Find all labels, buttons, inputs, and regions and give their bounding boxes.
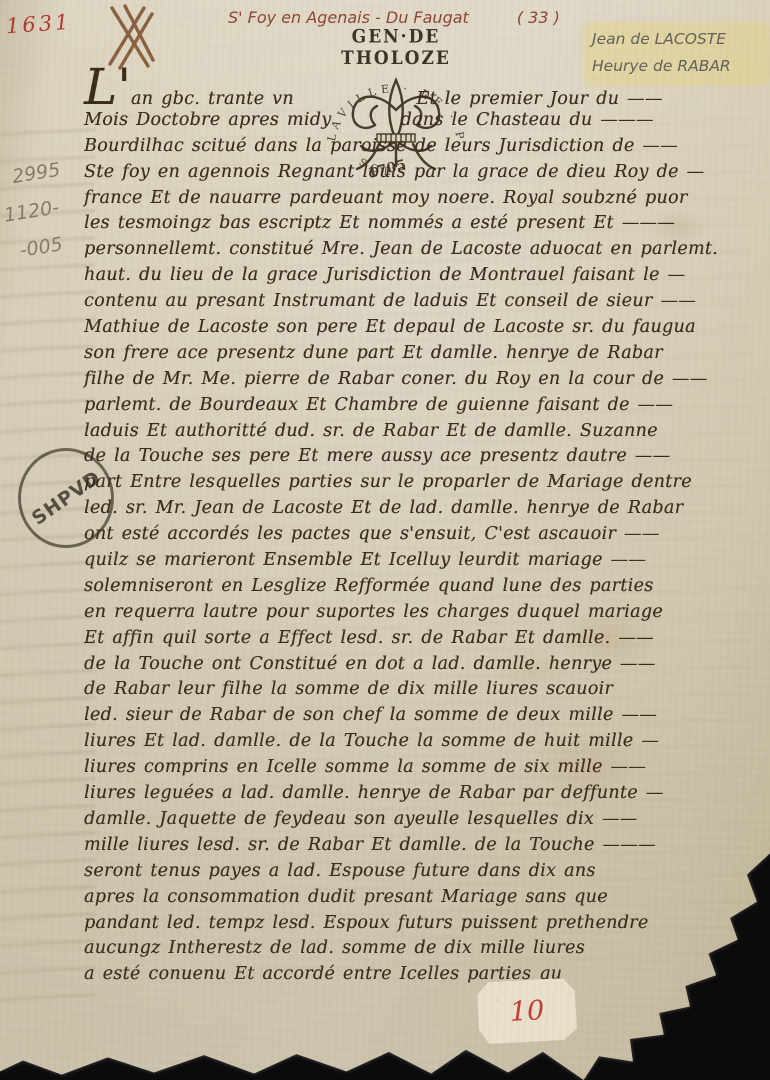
pencil-note: Jean de LACOSTE Heurye de RABAR: [592, 26, 731, 80]
manuscript-line: france Et de nauarre pardeuant moy noere…: [84, 186, 762, 212]
manuscript-line: liures Et lad. damlle. de la Touche la s…: [84, 729, 762, 755]
photograph-background: 1631 S' Foy en Agenais - Du Faugat( 33 )…: [0, 0, 770, 1080]
manuscript-line: personnellemt. constitué Mre. Jean de La…: [84, 237, 762, 263]
margin-number: -005: [17, 225, 75, 270]
manuscript-line: aucungz Intherestz de lad. somme de dix …: [84, 936, 762, 962]
margin-numbers: 2995 1120- -005: [0, 152, 75, 271]
archivist-header: S' Foy en Agenais - Du Faugat( 33 ): [228, 8, 560, 27]
manuscript-line: haut. du lieu de la grace Jurisdiction d…: [84, 263, 762, 289]
manuscript-line: de la Touche ont Constitué en dot a lad.…: [84, 652, 762, 678]
manuscript-line: mille liures lesd. sr. de Rabar Et damll…: [84, 833, 762, 859]
manuscript-text: L'an gbc. trante vn Et le premier Jour d…: [84, 82, 762, 988]
manuscript-line: liures comprins en Icelle somme la somme…: [84, 755, 762, 781]
manuscript-line: de la Touche ses pere Et mere aussy ace …: [84, 444, 762, 470]
fiscal-stamp-title: GEN·DE THOLOZE: [298, 26, 494, 69]
manuscript-line: parlemt. de Bourdeaux Et Chambre de guie…: [84, 393, 762, 419]
manuscript-line: Bourdilhac scitué dans la paroisse de le…: [84, 134, 762, 160]
manuscript-line: seront tenus payes a lad. Espouse future…: [84, 859, 762, 885]
page-number-sticker: 10: [476, 977, 577, 1044]
manuscript-line: liures leguées a lad. damlle. henrye de …: [84, 781, 762, 807]
manuscript-line: son frere ace presentz dune part Et daml…: [84, 341, 762, 367]
manuscript-line: quilz se marieront Ensemble Et Icelluy l…: [84, 548, 762, 574]
manuscript-line: Mois Doctobre apres midy dans le Chastea…: [84, 108, 762, 134]
archivist-year: 1631: [5, 10, 72, 39]
manuscript-line: part Entre lesquelles parties sur le pro…: [84, 470, 762, 496]
manuscript-line: contenu au presant Instrumant de laduis …: [84, 289, 762, 315]
manuscript-line: a esté conuenu Et accordé entre Icelles …: [84, 962, 762, 988]
pencil-note-groom: Jean de LACOSTE: [592, 26, 731, 53]
manuscript-line: apres la consommation dudit presant Mari…: [84, 885, 762, 911]
manuscript-line: damlle. Jaquette de feydeau son ayeulle …: [84, 807, 762, 833]
manuscript-line: en requerra lautre pour suportes les cha…: [84, 600, 762, 626]
manuscript-line: led. sieur de Rabar de son chef la somme…: [84, 703, 762, 729]
manuscript-line: laduis Et authoritté dud. sr. de Rabar E…: [84, 419, 762, 445]
manuscript-line: Ste foy en agennois Regnant louis par la…: [84, 160, 762, 186]
page-number: 10: [509, 995, 545, 1028]
manuscript-line: filhe de Mr. Me. pierre de Rabar coner. …: [84, 367, 762, 393]
manuscript-line: de Rabar leur filhe la somme de dix mill…: [84, 677, 762, 703]
manuscript-line: led. sr. Mr. Jean de Lacoste Et de lad. …: [84, 496, 762, 522]
manuscript-paper: 1631 S' Foy en Agenais - Du Faugat( 33 )…: [0, 0, 770, 1080]
archivist-header-number: ( 33 ): [469, 8, 560, 27]
pencil-note-bride: Heurye de RABAR: [592, 53, 731, 80]
manuscript-line: ont esté accordés les pactes que s'ensui…: [84, 522, 762, 548]
manuscript-line: Et affin quil sorte a Effect lesd. sr. d…: [84, 626, 762, 652]
manuscript-line: L'an gbc. trante vn Et le premier Jour d…: [84, 82, 762, 108]
manuscript-line: les tesmoingz bas escriptz Et nommés a e…: [84, 211, 762, 237]
archivist-header-text: S' Foy en Agenais - Du Faugat: [228, 8, 469, 27]
manuscript-line: pandant led. tempz lesd. Espoux futurs p…: [84, 911, 762, 937]
manuscript-line: solemniseront en Lesglize Refformée quan…: [84, 574, 762, 600]
manuscript-line: Mathiue de Lacoste son pere Et depaul de…: [84, 315, 762, 341]
